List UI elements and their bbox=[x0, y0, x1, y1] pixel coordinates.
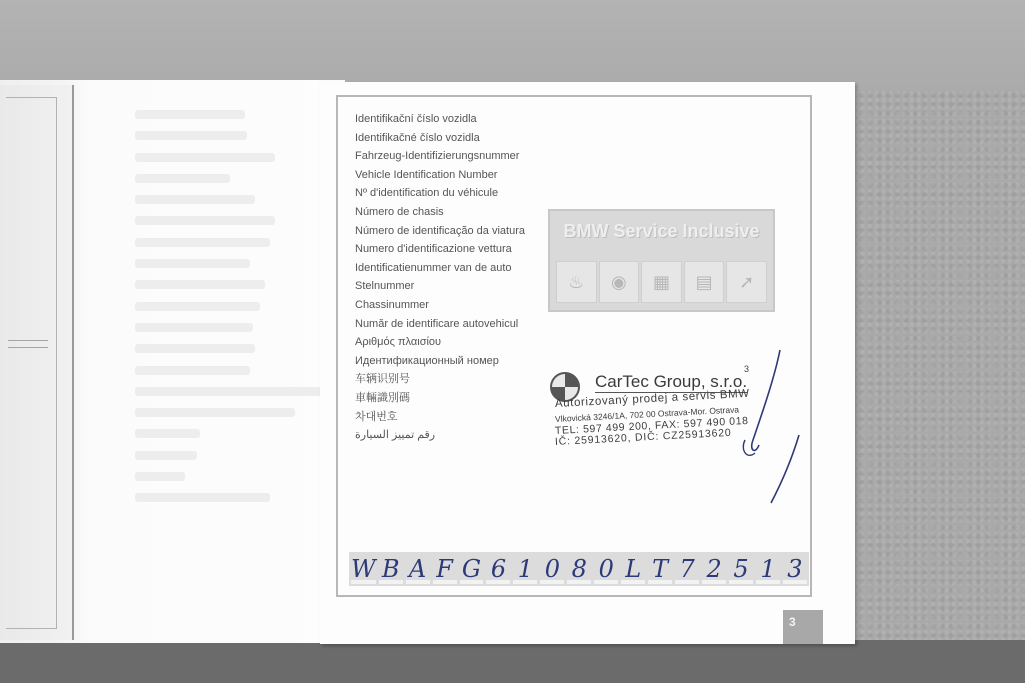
vin-character-cells: WBAFG61080LT72513 bbox=[349, 552, 809, 586]
vin-character: 2 bbox=[702, 552, 726, 586]
vin-character: L bbox=[621, 552, 645, 586]
vin-label-fr: Nº d'identification du véhicule bbox=[355, 184, 525, 203]
vin-label-zh-hans: 车辆识别号 bbox=[355, 370, 525, 389]
vin-label-da: Stelnummer bbox=[355, 277, 525, 296]
page-number: 3 bbox=[783, 610, 823, 644]
vin-character: 0 bbox=[594, 552, 618, 586]
vin-character: 5 bbox=[729, 552, 753, 586]
vin-character: T bbox=[648, 552, 672, 586]
vin-label-pt: Número de identificação da viatura bbox=[355, 222, 525, 241]
vin-character: 8 bbox=[567, 552, 591, 586]
oil-can-icon: ♨ bbox=[556, 261, 597, 303]
air-filter-icon: ▤ bbox=[684, 261, 725, 303]
vin-character: 1 bbox=[756, 552, 780, 586]
vin-label-zh-hant: 車輛識別碼 bbox=[355, 389, 525, 408]
vin-character: 0 bbox=[540, 552, 564, 586]
vin-label-en: Vehicle Identification Number bbox=[355, 166, 525, 185]
table-surface bbox=[0, 0, 1025, 90]
vin-character: B bbox=[379, 552, 403, 586]
vin-label-de: Fahrzeug-Identifizierungsnummer bbox=[355, 147, 525, 166]
left-page-flap bbox=[0, 85, 74, 640]
vin-character: 6 bbox=[486, 552, 510, 586]
sticker-title: BMW Service Inclusive bbox=[550, 221, 773, 242]
table-surface-shadow bbox=[0, 640, 1025, 683]
vin-label-list: Identifikační číslo vozidla Identifikačn… bbox=[355, 110, 525, 445]
vin-label-el: Αριθμός πλαισίου bbox=[355, 333, 525, 352]
show-through-text bbox=[135, 110, 335, 515]
vin-character: A bbox=[406, 552, 430, 586]
vin-character: F bbox=[433, 552, 457, 586]
vin-label-ar: رقم تمييز السيارة bbox=[355, 426, 525, 445]
vin-character: 1 bbox=[513, 552, 537, 586]
vin-label-sk: Identifikačné číslo vozidla bbox=[355, 129, 525, 148]
brake-disc-icon: ◉ bbox=[599, 261, 640, 303]
vin-label-cs: Identifikační číslo vozidla bbox=[355, 110, 525, 129]
dealer-stamp: CarTec Group, s.r.o. 3 Autorizovaný prod… bbox=[550, 368, 760, 453]
left-flap-divider bbox=[8, 347, 48, 348]
vin-label-nl: Identificatienummer van de auto bbox=[355, 259, 525, 278]
vin-entry-field: WBAFG61080LT72513 bbox=[349, 552, 809, 586]
vin-label-sv: Chassinummer bbox=[355, 296, 525, 315]
vin-label-ko: 차대번호 bbox=[355, 408, 525, 427]
vin-label-it: Numero d'identificazione vettura bbox=[355, 240, 525, 259]
vin-character: 3 bbox=[783, 552, 807, 586]
bmw-service-inclusive-sticker: BMW Service Inclusive ♨ ◉ ▦ ▤ ➚ bbox=[548, 209, 775, 312]
vin-character: W bbox=[351, 552, 376, 586]
signature-mark bbox=[735, 345, 810, 505]
vin-character: G bbox=[460, 552, 484, 586]
spark-plug-icon: ➚ bbox=[726, 261, 767, 303]
left-flap-frame bbox=[6, 97, 57, 629]
vin-label-es: Número de chasis bbox=[355, 203, 525, 222]
vin-character: 7 bbox=[675, 552, 699, 586]
engine-icon: ▦ bbox=[641, 261, 682, 303]
vin-label-ro: Număr de identificare autovehicul bbox=[355, 315, 525, 334]
vin-label-ru: Идентификационный номер bbox=[355, 352, 525, 371]
sticker-icon-row: ♨ ◉ ▦ ▤ ➚ bbox=[556, 261, 767, 303]
left-flap-divider bbox=[8, 340, 48, 341]
